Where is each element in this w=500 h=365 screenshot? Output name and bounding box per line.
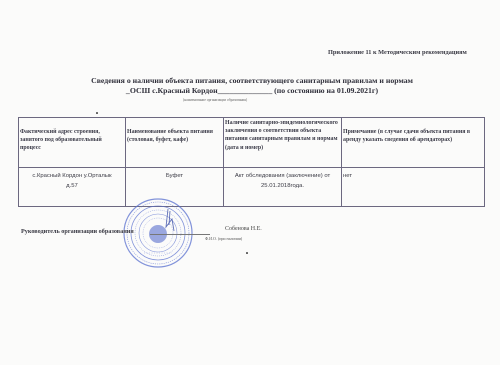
food-facility-table: Фактический адрес строения, занятого под… — [18, 117, 485, 207]
table-header-row: Фактический адрес строения, занятого под… — [19, 118, 485, 168]
conclusion-line-1: Акт обследования (заключение) от — [235, 173, 330, 179]
document-title-line-2: _ОСШ с.Красный Кордон______________ (по … — [2, 86, 500, 95]
conclusion-line-2: 25.01.2018года. — [261, 183, 304, 189]
document-title-line-1: Сведения о наличии объекта питания, соот… — [2, 76, 500, 85]
header-note: Примечание (в случае сдачи объекта питан… — [342, 118, 485, 168]
header-address: Фактический адрес строения, занятого под… — [19, 118, 126, 168]
header-sanitary-conclusion: Наличие санитарно-эпидемиологического за… — [224, 118, 342, 168]
signature-line — [150, 234, 210, 235]
signature-label: Руководитель организации образования — [21, 228, 134, 235]
signatory-caption: Ф.И.О. (при наличии) — [205, 236, 242, 241]
scan-speck — [96, 112, 98, 114]
address-line-1: с.Красный Кордон у.Орталык — [32, 173, 111, 179]
signatory-name: Собенова Н.Е. — [225, 226, 262, 232]
title-subnote: (наименование организации образования) — [183, 98, 247, 102]
cell-conclusion: Акт обследования (заключение) от 25.01.2… — [224, 168, 342, 207]
cell-address: с.Красный Кордон у.Орталык д.57 — [19, 168, 126, 207]
header-facility-name: Наименование объекта питания (столовая, … — [126, 118, 224, 168]
scan-speck — [246, 252, 248, 254]
cell-note: нет — [342, 168, 485, 207]
appendix-note: Приложение 11 к Методическим рекомендаци… — [328, 49, 467, 56]
address-line-2: д.57 — [66, 183, 78, 189]
table-row: с.Красный Кордон у.Орталык д.57 Буфет Ак… — [19, 168, 485, 207]
